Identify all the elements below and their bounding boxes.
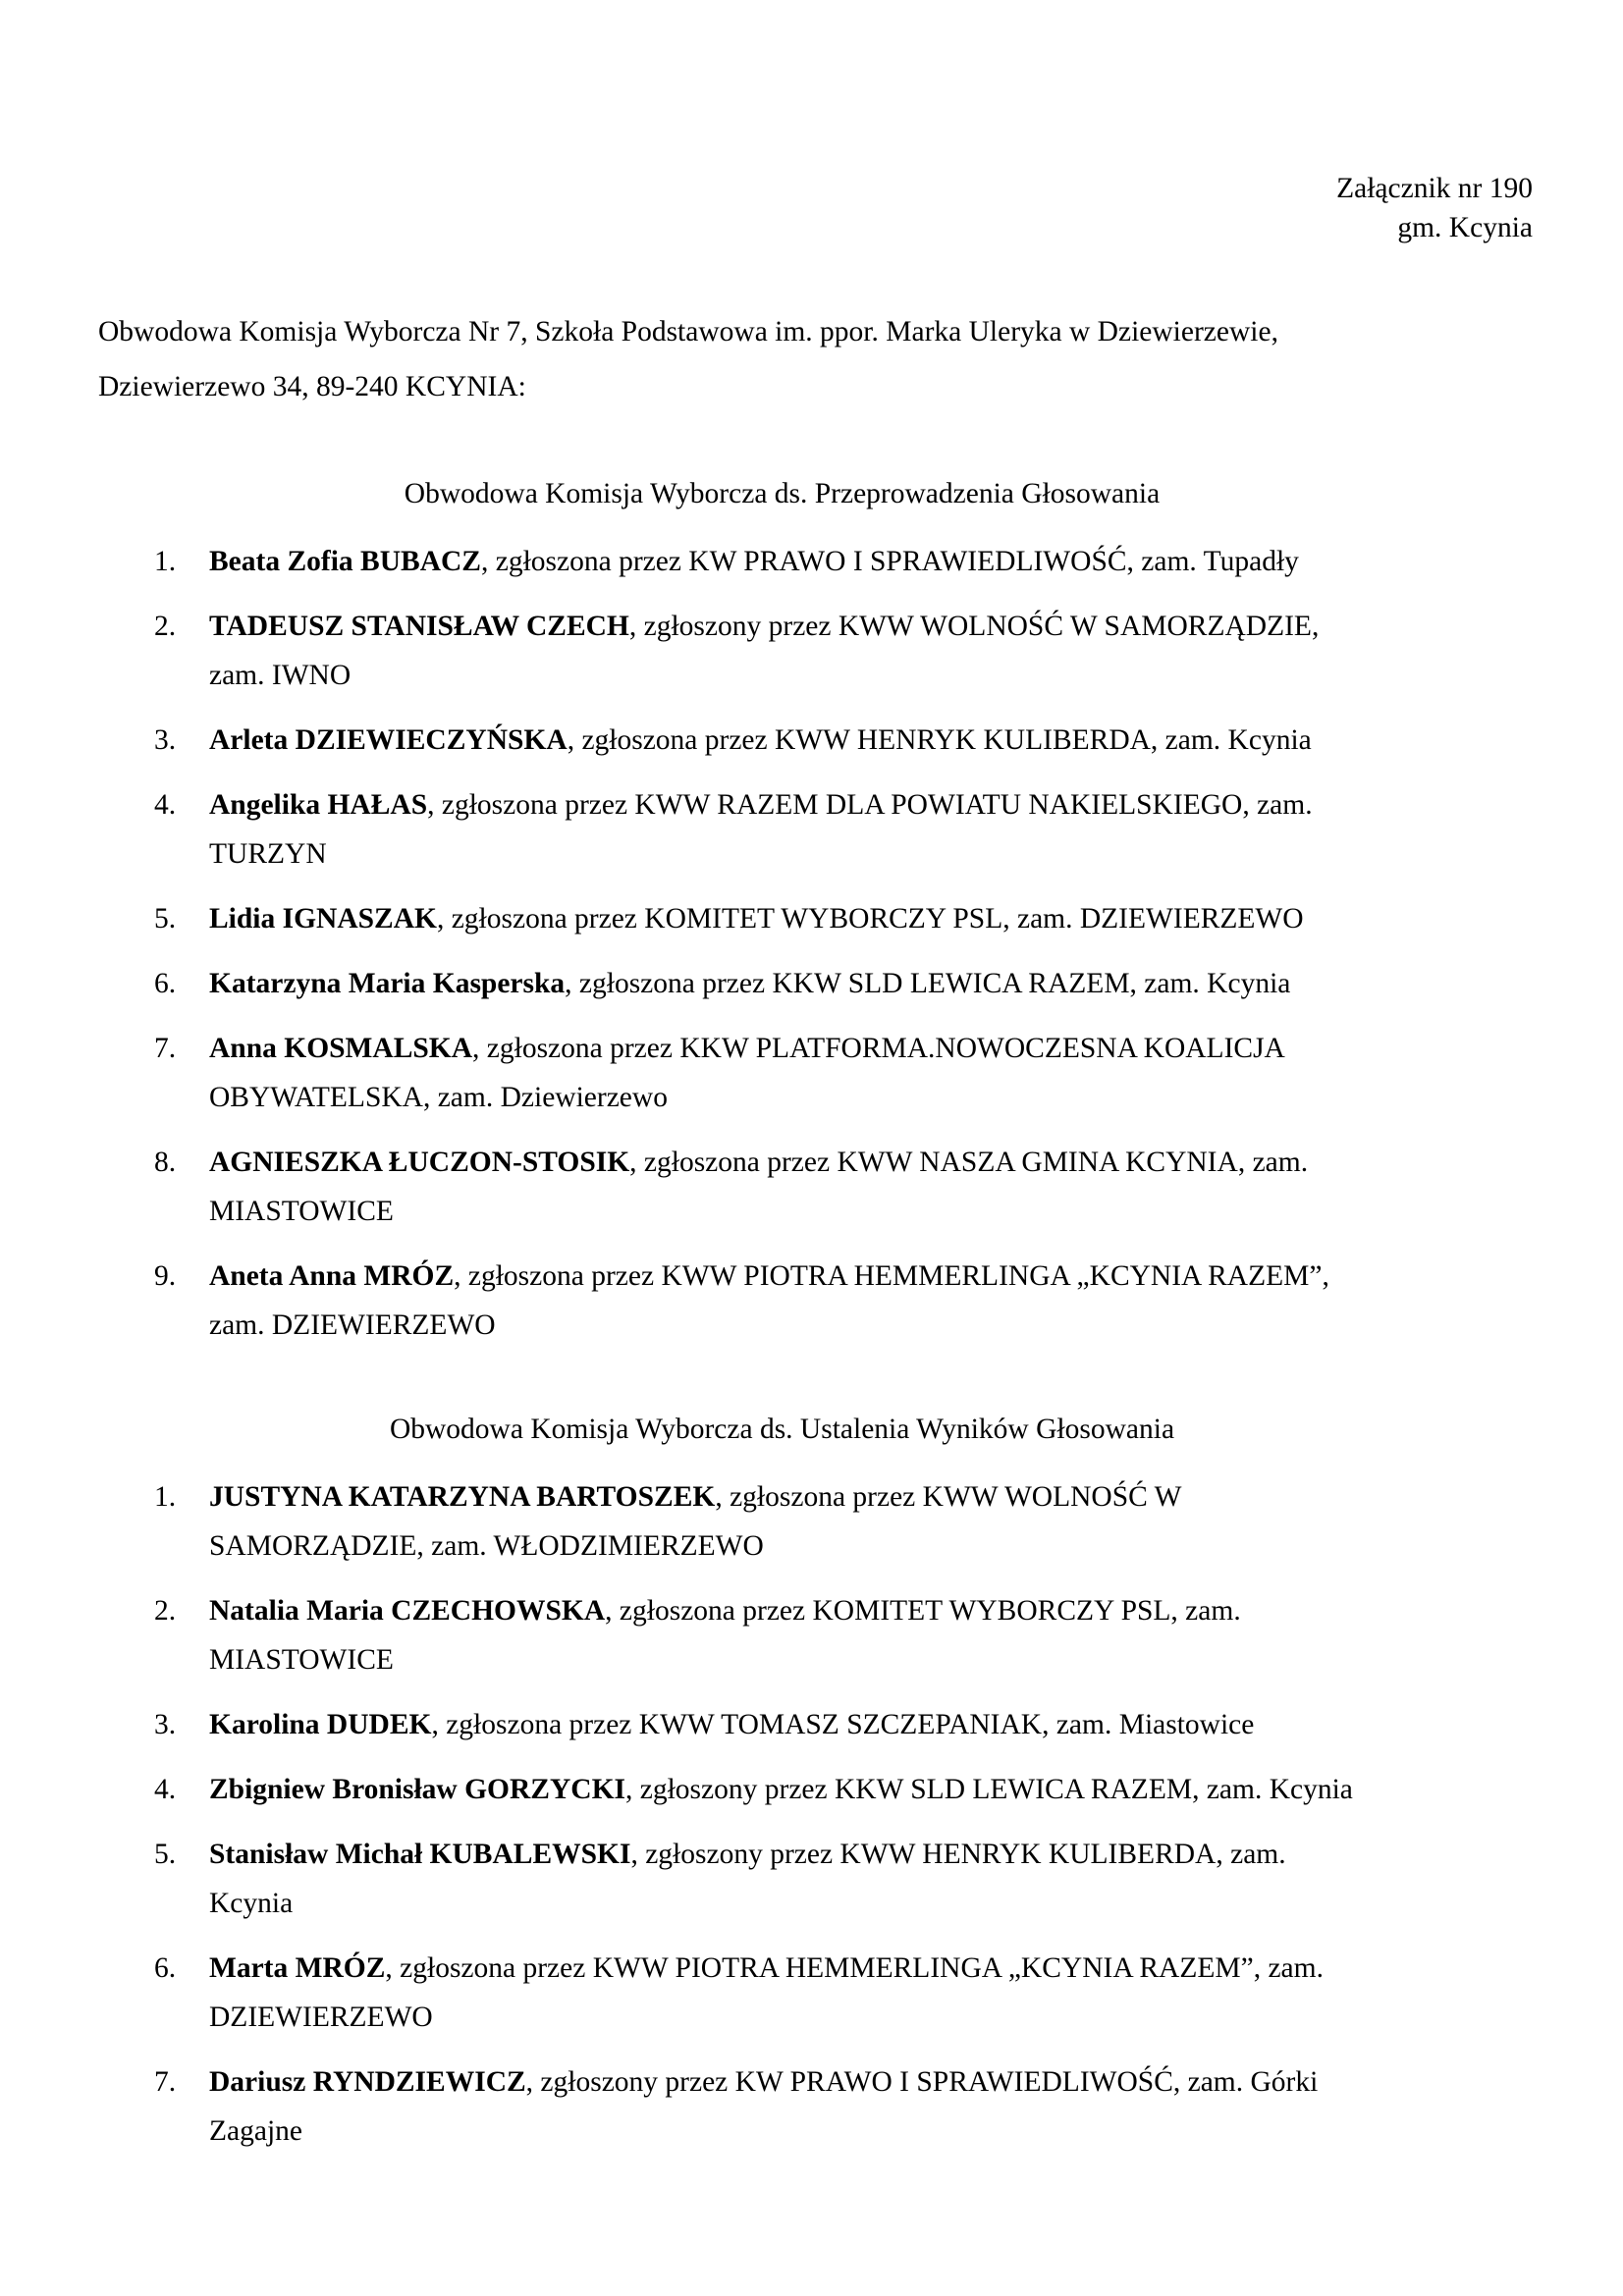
member-details: , zgłoszona przez KWW NASZA GMINA KCYNIA… <box>629 1147 1308 1178</box>
list-item-text: Aneta Anna MRÓZ, zgłoszona przez KWW PIO… <box>209 1252 1544 1350</box>
list-item-number: 2. <box>154 1586 176 1635</box>
list-item-line: Dariusz RYNDZIEWICZ, zgłoszony przez KW … <box>209 2057 1544 2107</box>
member-details-continued: TURZYN <box>209 829 1544 879</box>
member-details-continued: Zagajne <box>209 2107 1544 2156</box>
list-item-line: AGNIESZKA ŁUCZON-STOSIK, zgłoszona przez… <box>209 1138 1544 1187</box>
commission-address-line1: Obwodowa Komisja Wyborcza Nr 7, Szkoła P… <box>98 304 1532 359</box>
list-item-number: 4. <box>154 780 176 829</box>
member-details: , zgłoszona przez KWW WOLNOŚĆ W <box>715 1481 1181 1513</box>
member-name: Beata Zofia BUBACZ <box>209 546 481 577</box>
member-name: TADEUSZ STANISŁAW CZECH <box>209 611 629 642</box>
list-item-text: Lidia IGNASZAK, zgłoszona przez KOMITET … <box>209 894 1544 943</box>
member-details: , zgłoszony przez KW PRAWO I SPRAWIEDLIW… <box>526 2066 1319 2098</box>
list-item-text: Anna KOSMALSKA, zgłoszona przez KKW PLAT… <box>209 1024 1544 1122</box>
member-name: Arleta DZIEWIECZYŃSKA <box>209 724 568 756</box>
list-item-number: 4. <box>154 1765 176 1814</box>
list-item-line: Stanisław Michał KUBALEWSKI, zgłoszony p… <box>209 1830 1544 1879</box>
member-details: , zgłoszony przez KKW SLD LEWICA RAZEM, … <box>625 1774 1353 1805</box>
list-item-number: 8. <box>154 1138 176 1187</box>
member-name: Zbigniew Bronisław GORZYCKI <box>209 1774 625 1805</box>
section-title: Obwodowa Komisja Wyborcza ds. Ustalenia … <box>0 1412 1594 1447</box>
list-item-number: 9. <box>154 1252 176 1301</box>
list-item-number: 6. <box>154 959 176 1008</box>
member-name: AGNIESZKA ŁUCZON-STOSIK <box>209 1147 629 1178</box>
member-details: , zgłoszona przez KWW HENRYK KULIBERDA, … <box>568 724 1312 756</box>
list-item-text: Beata Zofia BUBACZ, zgłoszona przez KW P… <box>209 537 1544 586</box>
list-item-number: 5. <box>154 1830 176 1879</box>
commission-address: Obwodowa Komisja Wyborcza Nr 7, Szkoła P… <box>98 304 1532 414</box>
member-name: Karolina DUDEK <box>209 1709 431 1740</box>
list-item-text: AGNIESZKA ŁUCZON-STOSIK, zgłoszona przez… <box>209 1138 1544 1236</box>
list-item-number: 1. <box>154 537 176 586</box>
list-item-text: Zbigniew Bronisław GORZYCKI, zgłoszony p… <box>209 1765 1544 1814</box>
list-item-text: Stanisław Michał KUBALEWSKI, zgłoszony p… <box>209 1830 1544 1928</box>
member-name: Marta MRÓZ <box>209 1952 385 1984</box>
list-item-line: Arleta DZIEWIECZYŃSKA, zgłoszona przez K… <box>209 716 1544 765</box>
list-item-line: Aneta Anna MRÓZ, zgłoszona przez KWW PIO… <box>209 1252 1544 1301</box>
member-name: Natalia Maria CZECHOWSKA <box>209 1595 605 1627</box>
member-details: , zgłoszona przez KWW TOMASZ SZCZEPANIAK… <box>431 1709 1254 1740</box>
member-details-continued: zam. DZIEWIERZEWO <box>209 1301 1544 1350</box>
list-item-text: Katarzyna Maria Kasperska, zgłoszona prz… <box>209 959 1544 1008</box>
attachment-municipality: gm. Kcynia <box>1336 208 1533 247</box>
member-details-continued: DZIEWIERZEWO <box>209 1993 1544 2042</box>
member-details: , zgłoszona przez KOMITET WYBORCZY PSL, … <box>437 903 1304 934</box>
member-details: , zgłoszona przez KWW RAZEM DLA POWIATU … <box>427 789 1312 821</box>
list-item-text: Karolina DUDEK, zgłoszona przez KWW TOMA… <box>209 1700 1544 1749</box>
member-name: Stanisław Michał KUBALEWSKI <box>209 1839 630 1870</box>
list-item-number: 1. <box>154 1472 176 1522</box>
list-item-line: Angelika HAŁAS, zgłoszona przez KWW RAZE… <box>209 780 1544 829</box>
list-item-text: Dariusz RYNDZIEWICZ, zgłoszony przez KW … <box>209 2057 1544 2156</box>
member-details: , zgłoszona przez KOMITET WYBORCZY PSL, … <box>605 1595 1241 1627</box>
list-item-line: Marta MRÓZ, zgłoszona przez KWW PIOTRA H… <box>209 1944 1544 1993</box>
list-item-line: Natalia Maria CZECHOWSKA, zgłoszona prze… <box>209 1586 1544 1635</box>
member-name: JUSTYNA KATARZYNA BARTOSZEK <box>209 1481 715 1513</box>
list-item-number: 5. <box>154 894 176 943</box>
member-details-continued: MIASTOWICE <box>209 1635 1544 1684</box>
document-page: Załącznik nr 190 gm. Kcynia Obwodowa Kom… <box>0 0 1623 2296</box>
attachment-number: Załącznik nr 190 <box>1336 169 1533 208</box>
member-details: , zgłoszona przez KKW PLATFORMA.NOWOCZES… <box>472 1033 1285 1064</box>
list-item-line: Lidia IGNASZAK, zgłoszona przez KOMITET … <box>209 894 1544 943</box>
member-details: , zgłoszona przez KW PRAWO I SPRAWIEDLIW… <box>481 546 1299 577</box>
section-title: Obwodowa Komisja Wyborcza ds. Przeprowad… <box>0 476 1594 511</box>
member-name: Angelika HAŁAS <box>209 789 427 821</box>
commission-address-line2: Dziewierzewo 34, 89-240 KCYNIA: <box>98 359 1532 414</box>
member-details: , zgłoszona przez KKW SLD LEWICA RAZEM, … <box>565 968 1290 999</box>
member-details: , zgłoszona przez KWW PIOTRA HEMMERLINGA… <box>385 1952 1324 1984</box>
list-item-line: Beata Zofia BUBACZ, zgłoszona przez KW P… <box>209 537 1544 586</box>
attachment-label: Załącznik nr 190 gm. Kcynia <box>1336 169 1533 247</box>
member-details-continued: OBYWATELSKA, zam. Dziewierzewo <box>209 1073 1544 1122</box>
list-item-text: Marta MRÓZ, zgłoszona przez KWW PIOTRA H… <box>209 1944 1544 2042</box>
list-item-text: Arleta DZIEWIECZYŃSKA, zgłoszona przez K… <box>209 716 1544 765</box>
member-details: , zgłoszona przez KWW PIOTRA HEMMERLINGA… <box>454 1260 1329 1292</box>
list-item-text: Angelika HAŁAS, zgłoszona przez KWW RAZE… <box>209 780 1544 879</box>
member-details-continued: zam. IWNO <box>209 651 1544 700</box>
list-item-number: 7. <box>154 2057 176 2107</box>
member-name: Dariusz RYNDZIEWICZ <box>209 2066 526 2098</box>
list-item-line: Anna KOSMALSKA, zgłoszona przez KKW PLAT… <box>209 1024 1544 1073</box>
member-details-continued: Kcynia <box>209 1879 1544 1928</box>
member-name: Lidia IGNASZAK <box>209 903 437 934</box>
member-details: , zgłoszony przez KWW WOLNOŚĆ W SAMORZĄD… <box>629 611 1319 642</box>
member-details-continued: SAMORZĄDZIE, zam. WŁODZIMIERZEWO <box>209 1522 1544 1571</box>
list-item-line: Zbigniew Bronisław GORZYCKI, zgłoszony p… <box>209 1765 1544 1814</box>
list-item-line: TADEUSZ STANISŁAW CZECH, zgłoszony przez… <box>209 602 1544 651</box>
list-item-text: Natalia Maria CZECHOWSKA, zgłoszona prze… <box>209 1586 1544 1684</box>
list-item-number: 7. <box>154 1024 176 1073</box>
list-item-text: JUSTYNA KATARZYNA BARTOSZEK, zgłoszona p… <box>209 1472 1544 1571</box>
member-name: Katarzyna Maria Kasperska <box>209 968 565 999</box>
member-details: , zgłoszony przez KWW HENRYK KULIBERDA, … <box>630 1839 1285 1870</box>
list-item-number: 3. <box>154 716 176 765</box>
member-name: Aneta Anna MRÓZ <box>209 1260 454 1292</box>
member-name: Anna KOSMALSKA <box>209 1033 472 1064</box>
list-item-text: TADEUSZ STANISŁAW CZECH, zgłoszony przez… <box>209 602 1544 700</box>
list-item-line: Katarzyna Maria Kasperska, zgłoszona prz… <box>209 959 1544 1008</box>
list-item-number: 6. <box>154 1944 176 1993</box>
list-item-line: JUSTYNA KATARZYNA BARTOSZEK, zgłoszona p… <box>209 1472 1544 1522</box>
list-item-number: 3. <box>154 1700 176 1749</box>
list-item-line: Karolina DUDEK, zgłoszona przez KWW TOMA… <box>209 1700 1544 1749</box>
member-details-continued: MIASTOWICE <box>209 1187 1544 1236</box>
list-item-number: 2. <box>154 602 176 651</box>
